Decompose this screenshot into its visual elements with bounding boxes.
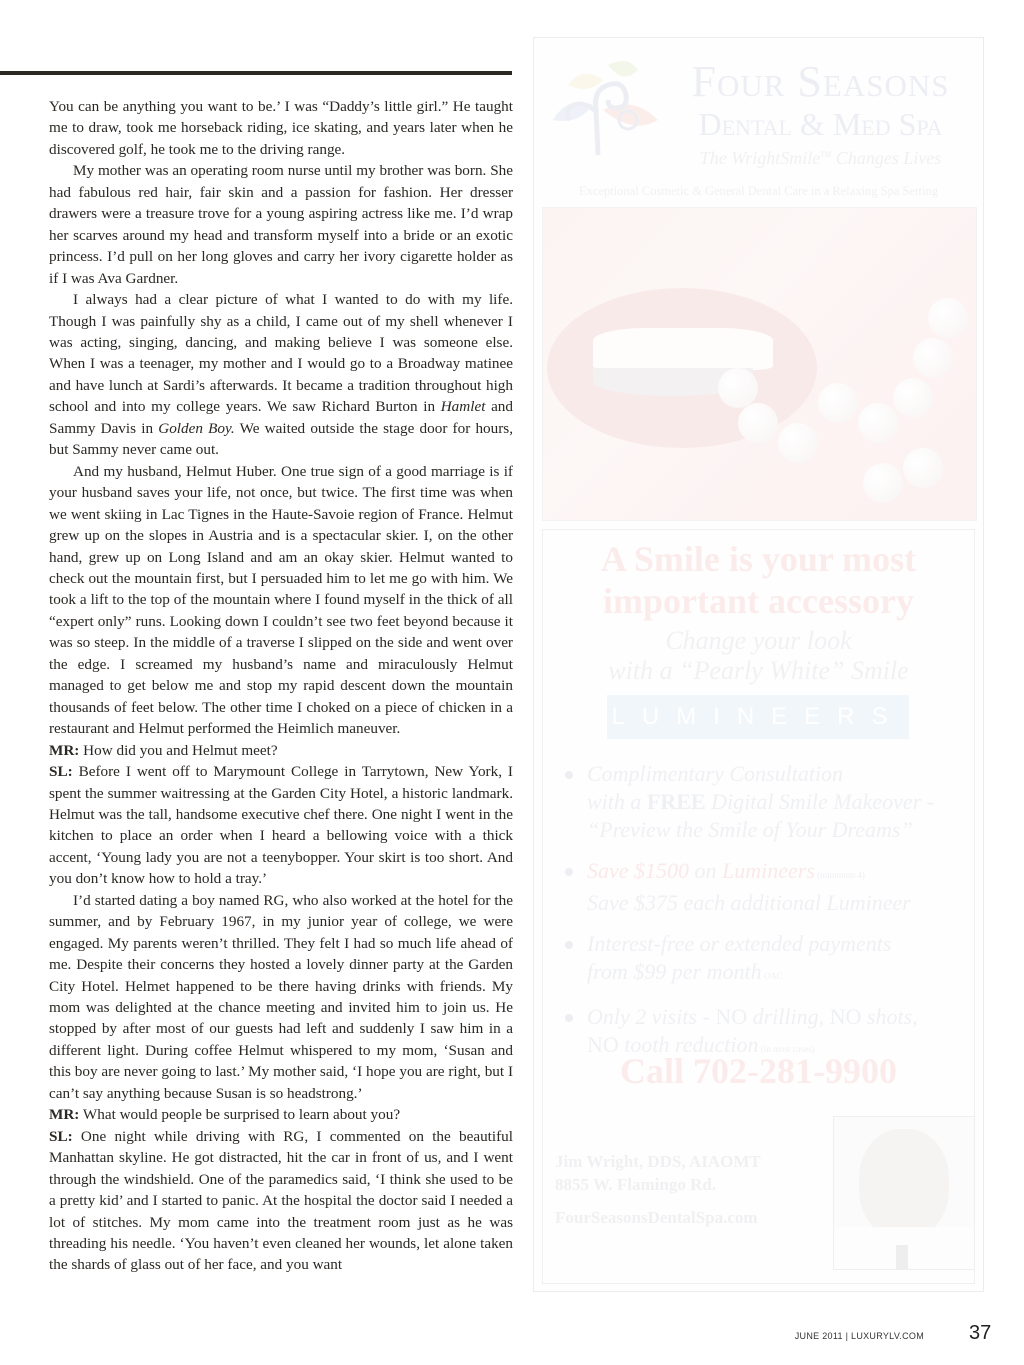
pearl-icon [928, 298, 968, 338]
answer-text: Before I went off to Marymount College i… [49, 763, 513, 887]
offer-text: Only 2 visits - NO drilling, NO shots, [587, 1003, 965, 1031]
brand-name: Four Seasons [668, 56, 973, 107]
paragraph: My mother was an operating room nurse un… [49, 160, 513, 289]
answer-text: One night while driving with RG, I comme… [49, 1128, 513, 1274]
website-link[interactable]: FourSeasonsDentalSpa.com [555, 1206, 761, 1229]
pearl-icon [858, 403, 898, 443]
title-golden-boy: Golden Boy. [158, 420, 234, 437]
phone-cta[interactable]: Call 702-281-9900 [543, 1050, 974, 1092]
offer-text: Complimentary Consultation [587, 760, 965, 788]
offer-item: Interest-free or extended payments from … [565, 930, 965, 990]
pearl-icon [718, 368, 758, 408]
doctor-photo [833, 1116, 975, 1270]
pearl-icon [903, 448, 943, 488]
teeth-shape [593, 328, 773, 370]
bullet-icon [565, 1014, 573, 1022]
answer: SL: Before I went off to Marymount Colle… [49, 761, 513, 890]
folio-line: JUNE 2011 | LUXURYLV.COM [795, 1331, 924, 1341]
bullet-icon [565, 941, 573, 949]
question-text: What would people be surprised to learn … [83, 1106, 400, 1123]
lumineers-banner: LUMINEERS [607, 695, 909, 739]
question-text: How did you and Helmut meet? [83, 742, 277, 759]
advertisement: Four Seasons Dental & Med Spa The Wright… [533, 37, 984, 1292]
smile-photo [542, 207, 977, 521]
address: 8855 W. Flamingo Rd. [555, 1173, 761, 1196]
pearl-icon [863, 463, 903, 503]
portrait-tie [896, 1245, 908, 1269]
pearl-icon [778, 423, 818, 463]
offer-item: Save $1500 on Lumineers (minimum 4) Save… [565, 857, 965, 917]
speaker-label: MR: [49, 1106, 79, 1123]
title-hamlet: Hamlet [441, 398, 486, 415]
speaker-label: SL: [49, 763, 73, 780]
brand-subname: Dental & Med Spa [668, 106, 973, 143]
speaker-label: SL: [49, 1128, 73, 1145]
subheadline-line: with a “Pearly White” Smile [543, 656, 974, 686]
page-number: 37 [969, 1322, 991, 1345]
tagline-text: Changes Lives [831, 148, 941, 168]
offer-text: Save $1500 on Lumineers (minimum 4) [587, 857, 965, 889]
speaker-label: MR: [49, 742, 79, 759]
paragraph: And my husband, Helmut Huber. One true s… [49, 461, 513, 740]
offer-text: from $99 per month OAC [587, 958, 965, 990]
paragraph-text: I always had a clear picture of what I w… [49, 291, 513, 415]
portrait-head [859, 1129, 949, 1239]
bullet-icon [565, 868, 573, 876]
ad-headline: A Smile is your most important accessory [543, 538, 974, 622]
offer-text: Save $375 each additional Lumineer [587, 889, 965, 917]
offer-text: with a FREE Digital Smile Makeover - [587, 788, 965, 816]
tree-logo-icon [548, 50, 658, 160]
offer-text: Interest-free or extended payments [587, 930, 965, 958]
doctor-name: Jim Wright, DDS, AIAOMT [555, 1150, 761, 1173]
offer-card: A Smile is your most important accessory… [542, 529, 975, 1284]
section-rule [0, 71, 512, 75]
pearl-icon [738, 403, 778, 443]
subheadline-line: Change your look [543, 626, 974, 656]
article-body: You can be anything you want to be.’ I w… [49, 96, 513, 1276]
ad-subheadline: Change your look with a “Pearly White” S… [543, 626, 974, 686]
paragraph: I’d started dating a boy named RG, who a… [49, 890, 513, 1105]
tagline: The WrightSmileTM Changes Lives [668, 148, 973, 169]
offer-item: Complimentary Consultation with a FREE D… [565, 760, 965, 844]
offer-text: “Preview the Smile of Your Dreams” [587, 816, 965, 844]
contact-info: Jim Wright, DDS, AIAOMT 8855 W. Flamingo… [555, 1150, 761, 1229]
bullet-icon [565, 771, 573, 779]
pearl-icon [893, 378, 933, 418]
pearl-icon [818, 383, 858, 423]
paragraph: You can be anything you want to be.’ I w… [49, 96, 513, 160]
offer-list: Complimentary Consultation with a FREE D… [565, 760, 965, 1076]
answer: SL: One night while driving with RG, I c… [49, 1126, 513, 1276]
question: MR: How did you and Helmut meet? [49, 740, 513, 761]
question: MR: What would people be surprised to le… [49, 1104, 513, 1125]
trademark: TM [820, 150, 831, 159]
tagline-text: The WrightSmile [700, 148, 821, 168]
pearl-icon [913, 338, 953, 378]
paragraph: I always had a clear picture of what I w… [49, 289, 513, 461]
sub-tagline: Exceptional Cosmetic & General Dental Ca… [540, 184, 977, 199]
